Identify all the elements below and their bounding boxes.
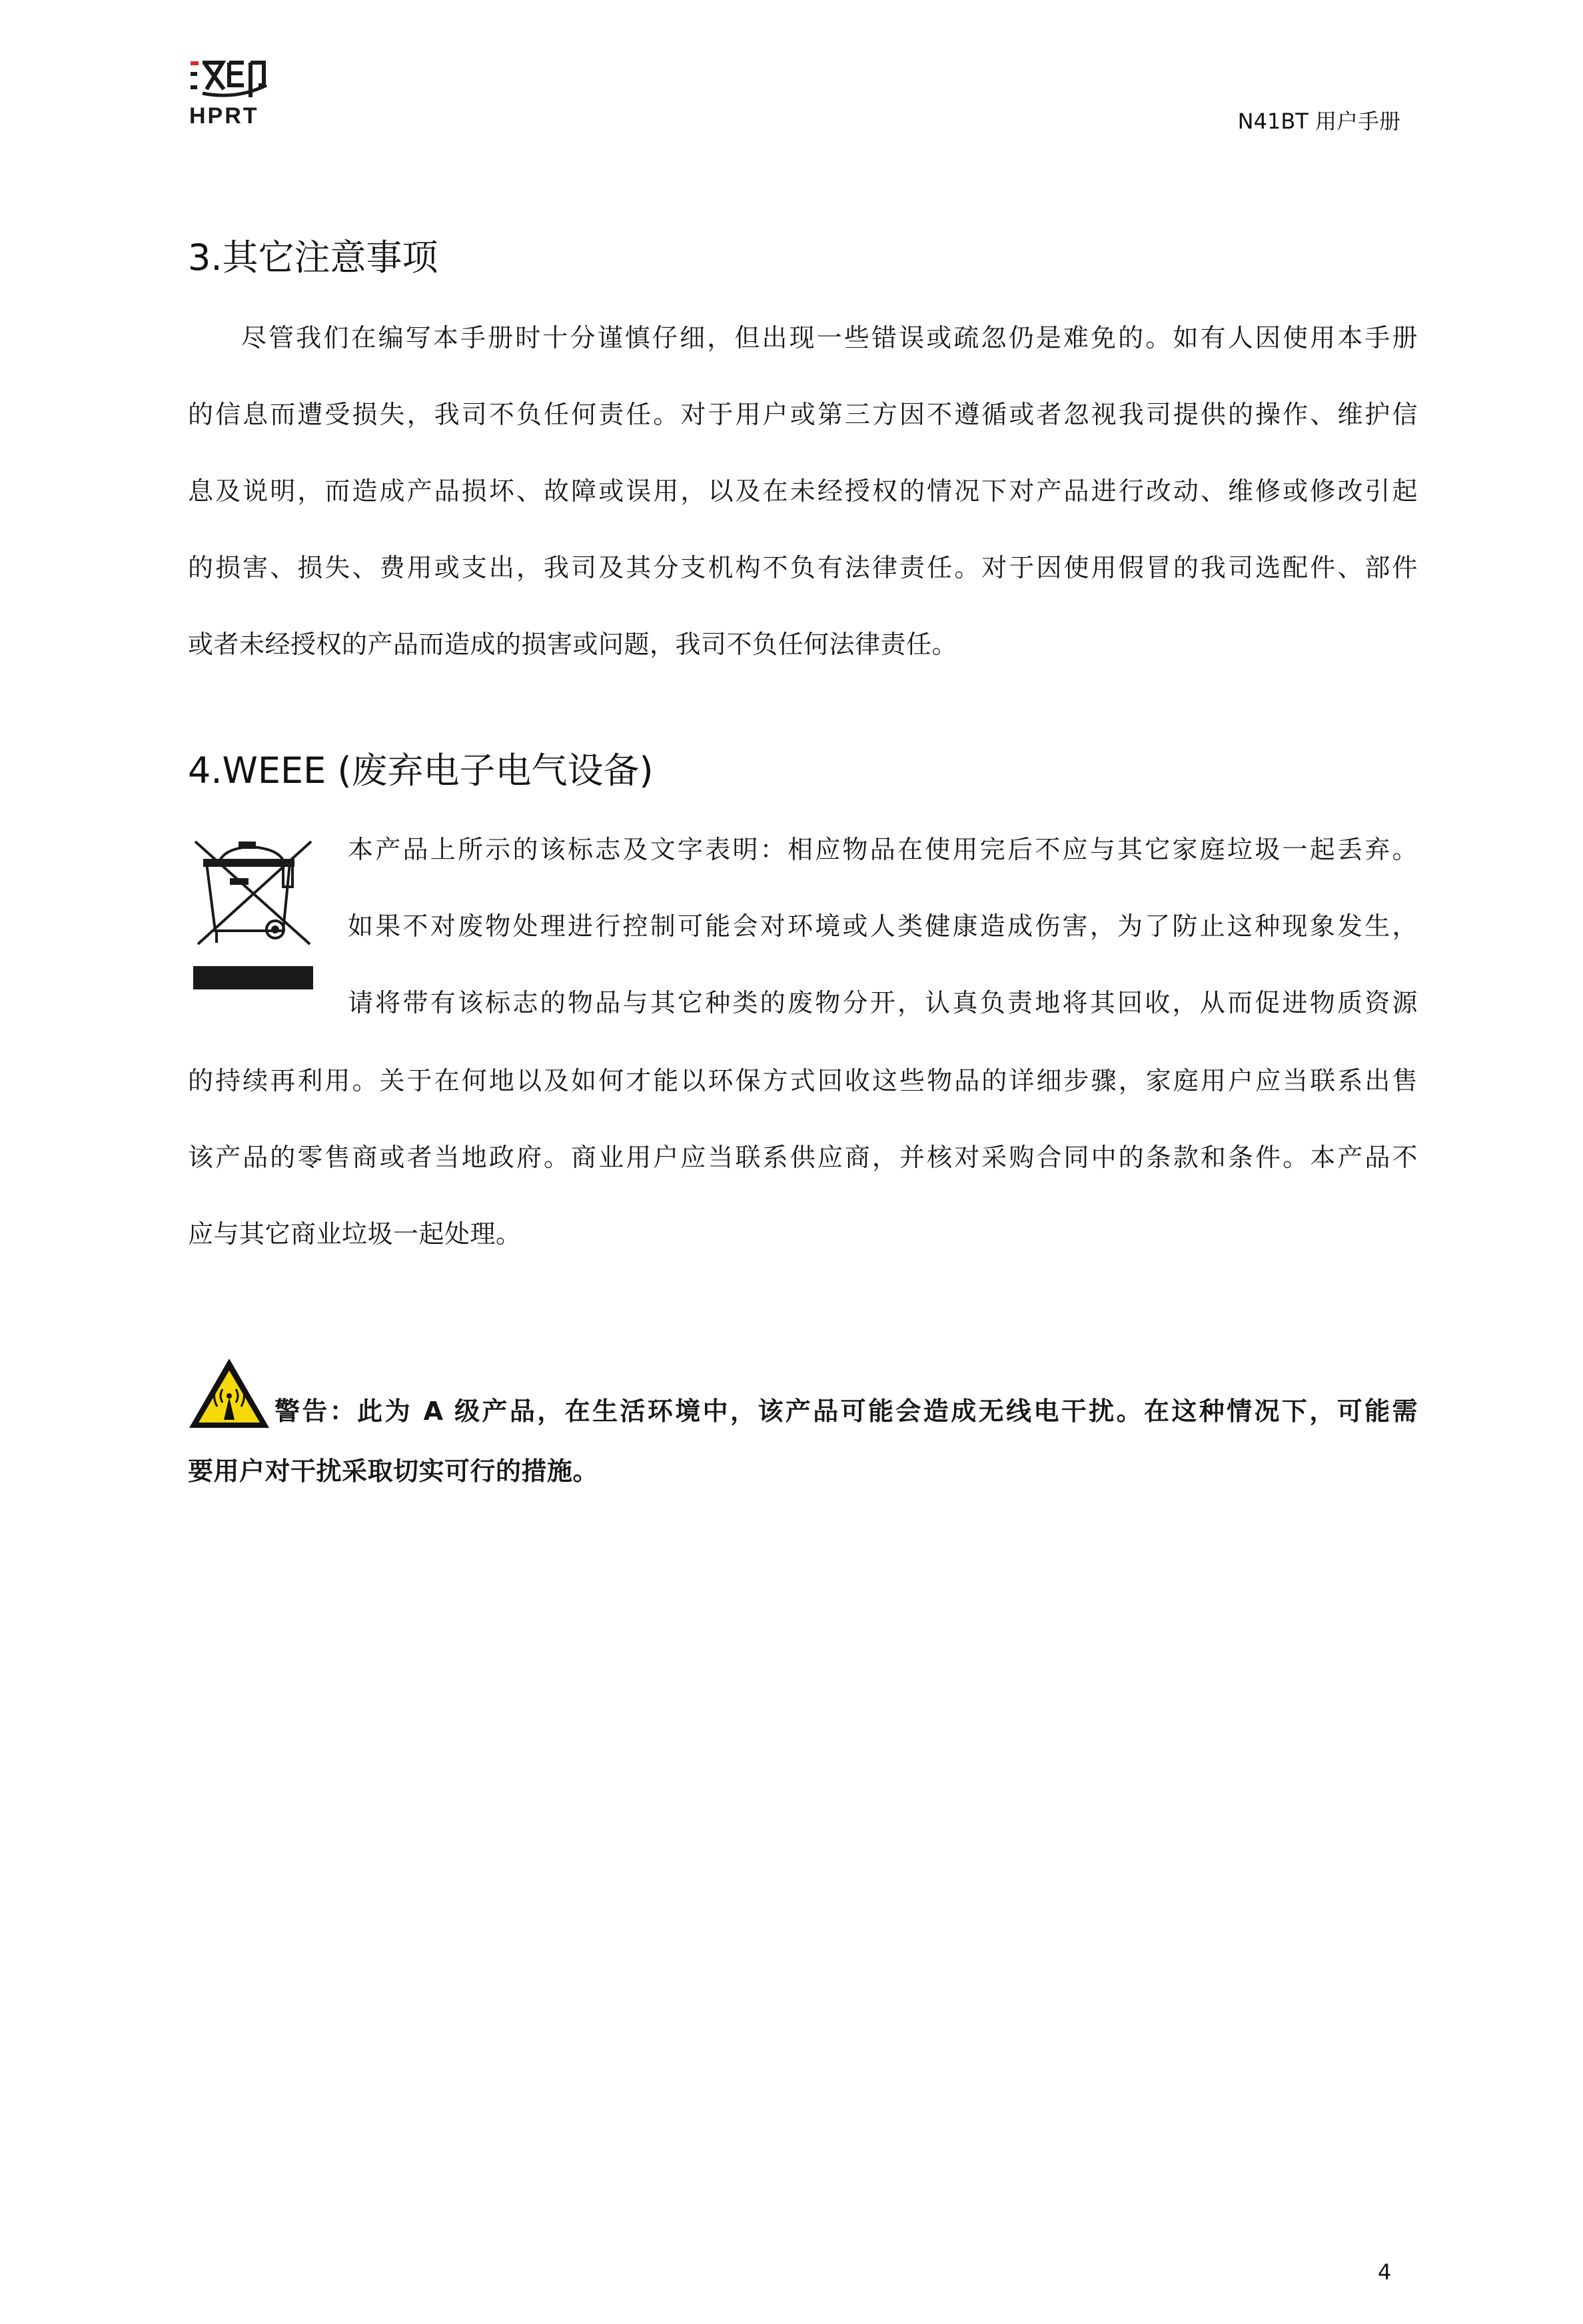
- hprt-logo-mark-icon: [189, 59, 268, 99]
- paragraph-line: 的持续再利用。关于在何地以及如何才能以环保方式回收这些物品的详细步骤，家庭用户应…: [188, 1064, 1418, 1097]
- warning-text-line: 要用户对干扰采取切实可行的措施。: [188, 1454, 598, 1488]
- paragraph-line: 该产品的零售商或者当地政府。商业用户应当联系供应商，并核对采购合同中的条款和条件…: [188, 1141, 1418, 1174]
- hprt-logo: HPRT: [189, 59, 269, 132]
- paragraph-line: 尽管我们在编写本手册时十分谨慎仔细，但出现一些错误或疏忽仍是难免的。如有人因使用…: [241, 321, 1418, 354]
- warning-text-line: 警告：此为 A 级产品，在生活环境中，该产品可能会造成无线电干扰。在这种情况下，…: [274, 1395, 1418, 1428]
- section-heading-weee: 4.WEEE (废弃电子电气设备): [188, 748, 654, 794]
- paragraph-line: 如果不对废物处理进行控制可能会对环境或人类健康造成伤害，为了防止这种现象发生，: [348, 909, 1418, 943]
- document-title: N41BT 用户手册: [1238, 108, 1400, 135]
- paragraph-line: 的损害、损失、费用或支出，我司及其分支机构不负有法律责任。对于因使用假冒的我司选…: [188, 551, 1418, 584]
- paragraph-line: 息及说明，而造成产品损坏、故障或误用，以及在未经授权的情况下对产品进行改动、维修…: [188, 474, 1418, 508]
- paragraph-line: 应与其它商业垃圾一起处理。: [188, 1217, 522, 1251]
- paragraph-line: 或者未经授权的产品而造成的损害或问题，我司不负任何法律责任。: [188, 628, 957, 661]
- page-number: 4: [1378, 2259, 1391, 2285]
- weee-crossed-bin-icon: [190, 836, 320, 1003]
- paragraph-line: 请将带有该标志的物品与其它种类的废物分开，认真负责地将其回收，从而促进物质资源: [348, 986, 1418, 1019]
- section-heading-other-notes: 3.其它注意事项: [188, 235, 438, 281]
- radio-frequency-warning-icon: [187, 1356, 272, 1431]
- paragraph-line: 的信息而遭受损失，我司不负任何责任。对于用户或第三方因不遵循或者忽视我司提供的操…: [188, 398, 1418, 431]
- logo-wordmark: HPRT: [189, 103, 259, 129]
- paragraph-line: 本产品上所示的该标志及文字表明：相应物品在使用完后不应与其它家庭垃圾一起丢弃。: [348, 833, 1418, 866]
